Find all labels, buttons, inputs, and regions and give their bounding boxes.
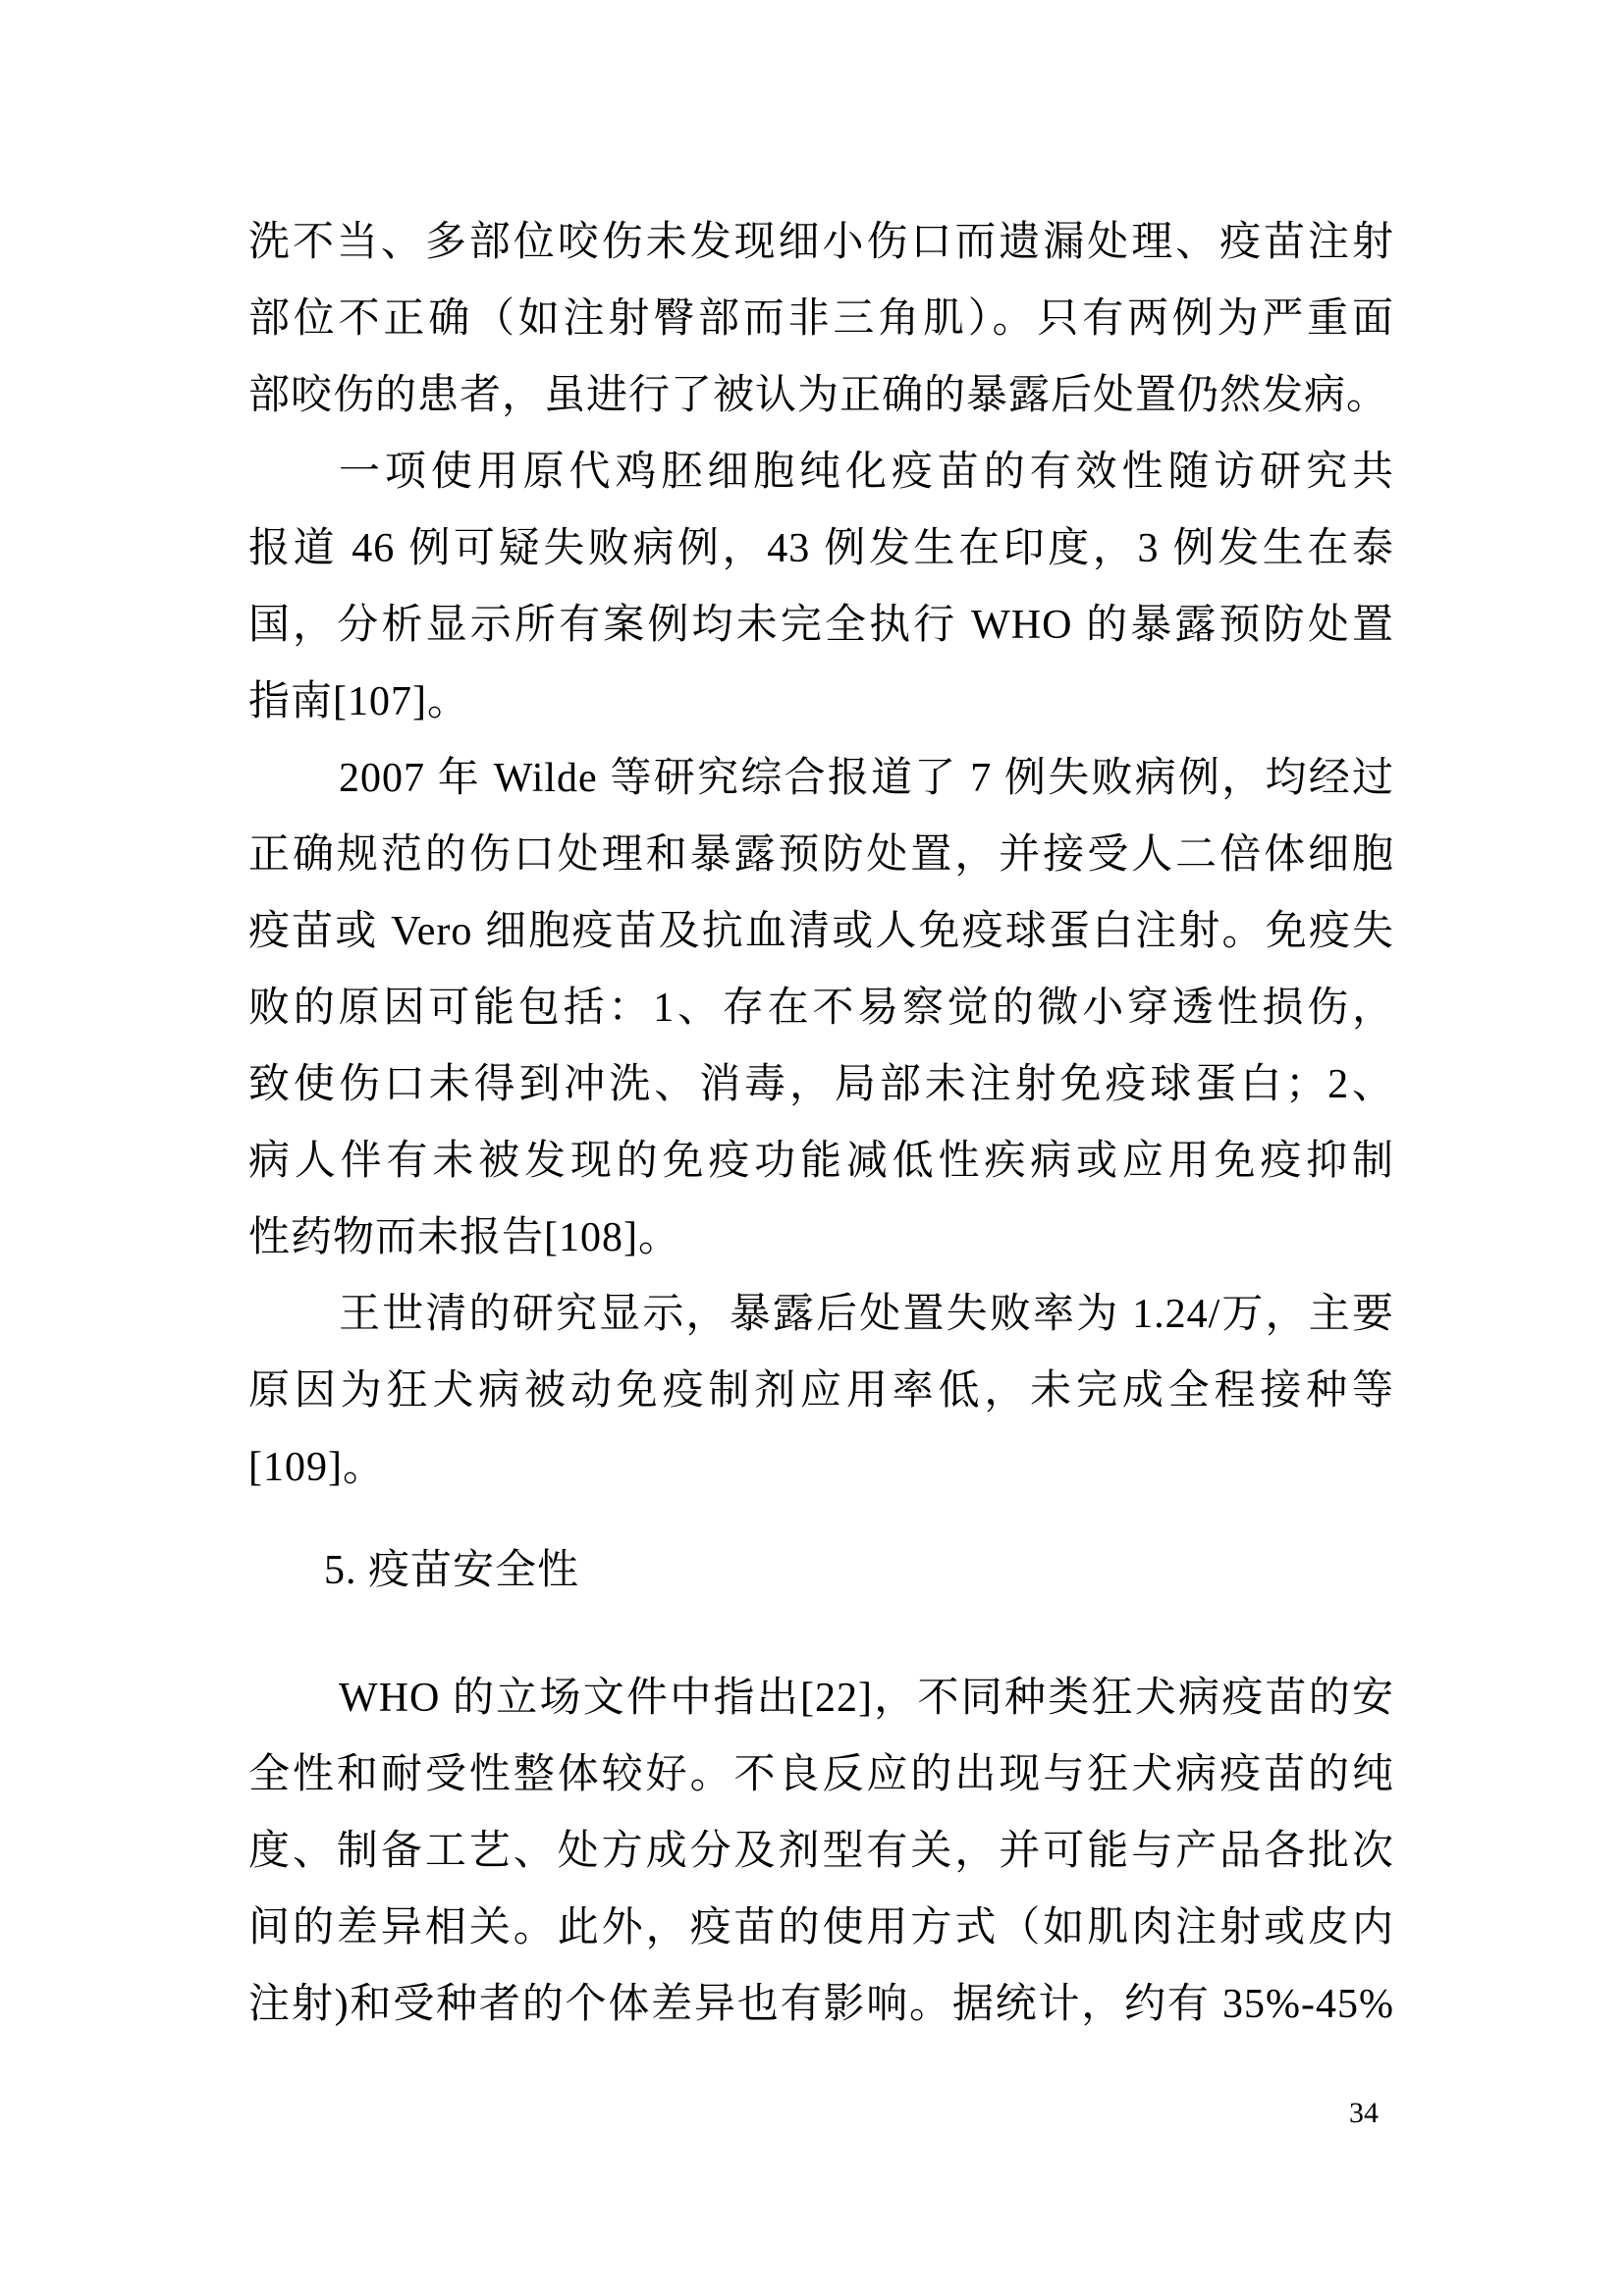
- body-line: 部位不正确（如注射臀部而非三角肌）。只有两例为严重面: [248, 281, 1394, 357]
- body-line: 间的差异相关。此外，疫苗的使用方式（如肌肉注射或皮内: [248, 1890, 1394, 1966]
- body-line: 2007 年 Wilde 等研究综合报道了 7 例失败病例，均经过: [248, 740, 1394, 817]
- body-line: 报道 46 例可疑失败病例，43 例发生在印度，3 例发生在泰: [248, 510, 1394, 587]
- body-line: 度、制备工艺、处方成分及剂型有关，并可能与产品各批次: [248, 1813, 1394, 1890]
- body-line: 致使伤口未得到冲洗、消毒，局部未注射免疫球蛋白；2、: [248, 1046, 1394, 1123]
- body-line: 部咬伤的患者，虽进行了被认为正确的暴露后处置仍然发病。: [248, 357, 1394, 434]
- section-heading: 5. 疫苗安全性: [248, 1532, 1394, 1609]
- body-line: 洗不当、多部位咬伤未发现细小伤口而遗漏处理、疫苗注射: [248, 204, 1394, 281]
- body-line: 王世清的研究显示，暴露后处置失败率为 1.24/万，主要: [248, 1276, 1394, 1353]
- body-line: [109]。: [248, 1429, 1394, 1506]
- body-line: 病人伴有未被发现的免疫功能减低性疾病或应用免疫抑制: [248, 1123, 1394, 1200]
- body-line: 国，分析显示所有案例均未完全执行 WHO 的暴露预防处置: [248, 587, 1394, 664]
- body-line: 全性和耐受性整体较好。不良反应的出现与狂犬病疫苗的纯: [248, 1736, 1394, 1813]
- body-line: 一项使用原代鸡胚细胞纯化疫苗的有效性随访研究共: [248, 434, 1394, 510]
- body-line: 正确规范的伤口处理和暴露预防处置，并接受人二倍体细胞: [248, 817, 1394, 893]
- page-number: 34: [1349, 2097, 1379, 2130]
- body-line: WHO 的立场文件中指出[22]，不同种类狂犬病疫苗的安: [248, 1660, 1394, 1736]
- body-line: 原因为狂犬病被动免疫制剂应用率低，未完成全程接种等: [248, 1353, 1394, 1429]
- body-line: 注射)和受种者的个体差异也有影响。据统计，约有 35%-45%: [248, 1966, 1394, 2043]
- body-line: 指南[107]。: [248, 664, 1394, 740]
- document-page: 洗不当、多部位咬伤未发现细小伤口而遗漏处理、疫苗注射 部位不正确（如注射臀部而非…: [0, 0, 1624, 2296]
- body-line: 疫苗或 Vero 细胞疫苗及抗血清或人免疫球蛋白注射。免疫失: [248, 893, 1394, 970]
- body-line: 性药物而未报告[108]。: [248, 1200, 1394, 1276]
- text-content: 洗不当、多部位咬伤未发现细小伤口而遗漏处理、疫苗注射 部位不正确（如注射臀部而非…: [248, 204, 1394, 2043]
- body-line: 败的原因可能包括：1、存在不易察觉的微小穿透性损伤，: [248, 970, 1394, 1046]
